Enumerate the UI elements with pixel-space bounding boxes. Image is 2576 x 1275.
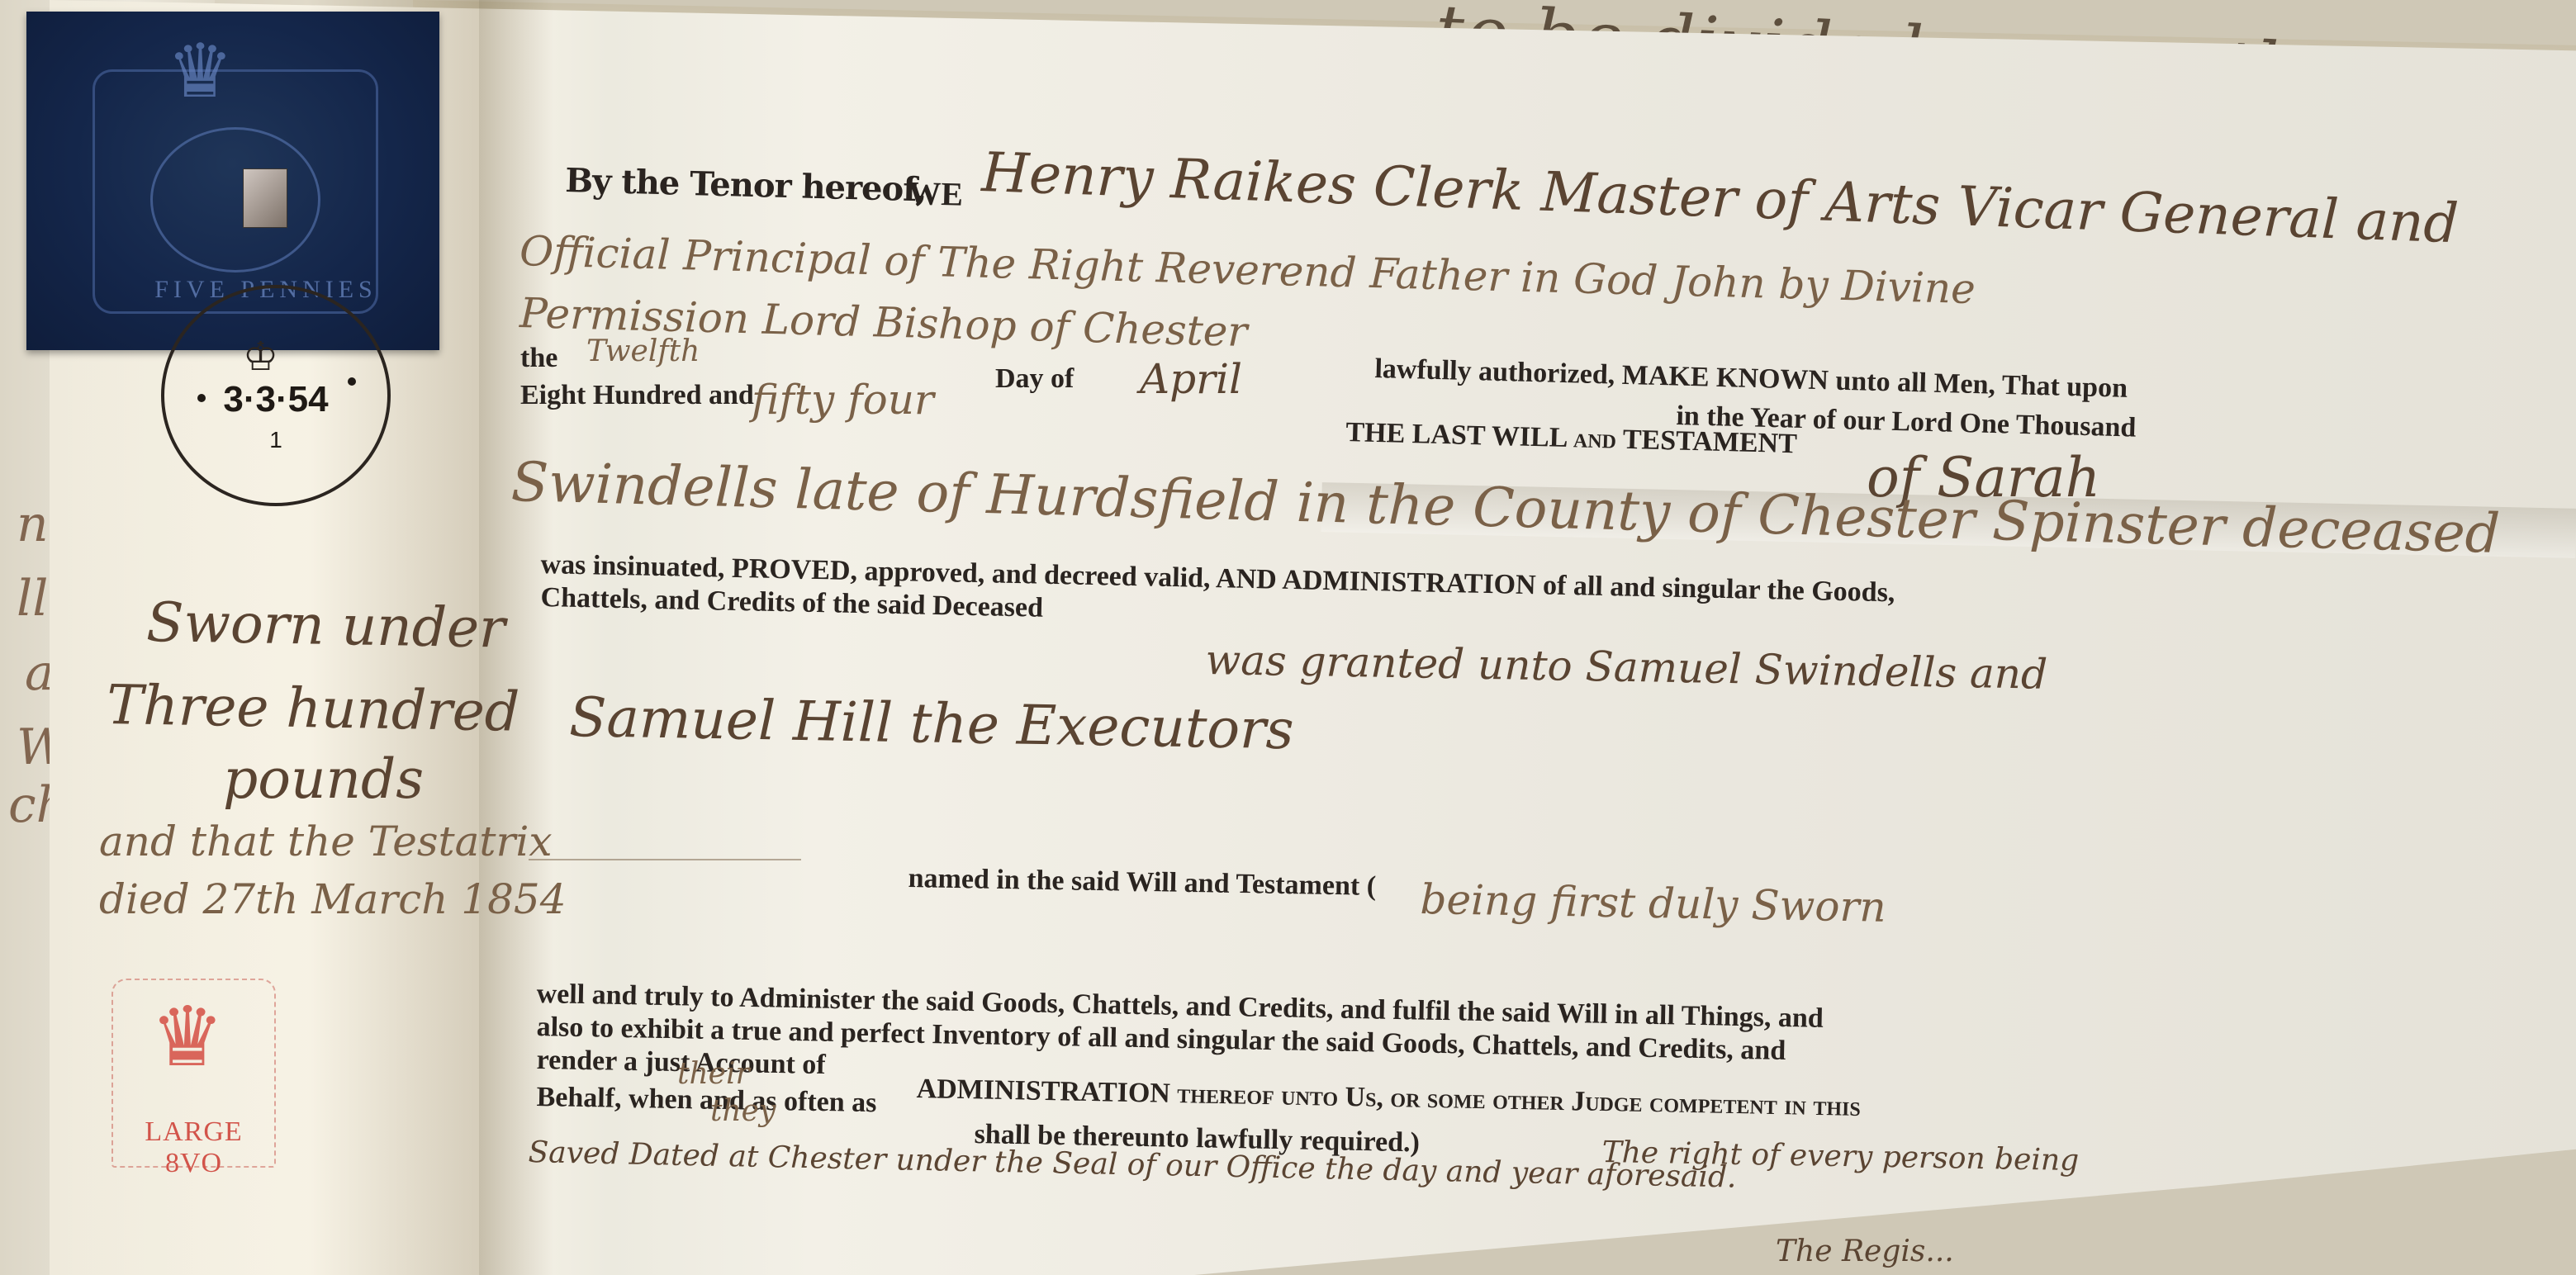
handwritten-signature: The Regis... xyxy=(1776,1235,1954,1268)
postmark: ♔ 3·3·54 1 xyxy=(161,285,391,506)
crown-icon: ♔ xyxy=(243,334,278,380)
background-fragment: ll xyxy=(17,570,48,628)
printed-text: Day of xyxy=(995,363,1074,395)
crown-icon: ♛ xyxy=(150,997,225,1079)
background-fragment: n xyxy=(17,495,49,553)
printed-text: Eight Hundred and xyxy=(520,380,754,411)
blank-line xyxy=(529,859,801,860)
handwritten-text: being first duly Sworn xyxy=(1420,875,1886,931)
duty-stamp-label: LARGE 8VO xyxy=(113,1116,274,1179)
crown-icon: ♛ xyxy=(167,28,234,115)
margin-note-line: Three hundred xyxy=(107,673,520,744)
printed-text: Behalf, when and as often as xyxy=(536,1082,876,1119)
handwritten-text: they xyxy=(710,1094,776,1128)
handwritten-day: Twelfth xyxy=(586,334,700,368)
postmark-number: 1 xyxy=(164,427,387,453)
printed-text: WE xyxy=(908,173,964,214)
handwritten-text: Samuel Hill the Executors xyxy=(569,685,1295,761)
handwritten-month: April xyxy=(1140,355,1242,403)
stamp-silver-plug xyxy=(243,168,287,228)
margin-note-line: pounds xyxy=(223,747,424,811)
margin-note-line: and that the Testatrix xyxy=(99,818,553,865)
handwritten-year: fifty four xyxy=(752,376,934,424)
duty-stamp: ♛ LARGE 8VO xyxy=(111,979,276,1168)
margin-note-line: died 27th March 1854 xyxy=(99,875,567,923)
postmark-date: 3·3·54 xyxy=(164,379,387,420)
margin-note-line: Sworn under xyxy=(146,590,506,661)
stamp-shield xyxy=(150,127,320,273)
printed-text: the xyxy=(520,343,557,374)
